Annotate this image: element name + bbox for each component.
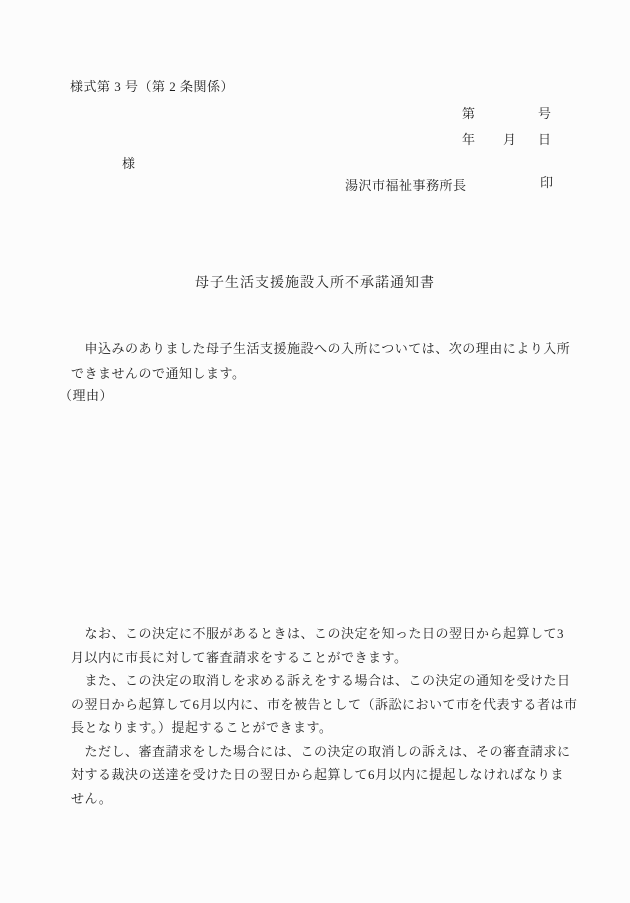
appeal-line: 月以内に市長に対して審査請求をすることができます。 <box>71 646 581 670</box>
date-day-label: 日 <box>538 133 552 146</box>
sender-title: 湯沢市福祉事務所長 <box>345 179 467 192</box>
intro-paragraph: 申込みのありました母子生活支援施設への入所については、次の理由により入所 できま… <box>71 336 581 386</box>
appeal-line: なお、この決定に不服があるときは、この決定を知った日の翌日から起算して3 <box>71 622 581 646</box>
document-title: 母子生活支援施設入所不承諾通知書 <box>0 272 630 292</box>
document-page: 様式第 3 号（第 2 条関係） 第 号 年 月 日 様 湯沢市福祉事務所長 印… <box>0 0 630 903</box>
appeal-line: 長となります。）提起することができます。 <box>71 716 581 740</box>
appeal-paragraph: なお、この決定に不服があるときは、この決定を知った日の翌日から起算して3 月以内… <box>71 622 581 810</box>
reason-label: （理由） <box>59 389 113 402</box>
date-month-label: 月 <box>503 133 517 146</box>
appeal-line: せん。 <box>71 787 581 811</box>
appeal-line: また、この決定の取消しを求める訴えをする場合は、この決定の通知を受けた日 <box>71 669 581 693</box>
intro-line: できませんので通知します。 <box>71 361 581 386</box>
appeal-line: 対する裁決の送達を受けた日の翌日から起算して6月以内に提起しなければなりま <box>71 763 581 787</box>
date-year-label: 年 <box>462 133 476 146</box>
addressee-suffix: 様 <box>122 157 136 170</box>
form-number: 様式第 3 号（第 2 条関係） <box>70 80 234 93</box>
intro-line: 申込みのありました母子生活支援施設への入所については、次の理由により入所 <box>71 336 581 361</box>
doc-number-prefix: 第 <box>462 107 476 120</box>
appeal-line: ただし、審査請求をした場合には、この決定の取消しの訴えは、その審査請求に <box>71 740 581 764</box>
appeal-line: の翌日から起算して6月以内に、市を被告として（訴訟において市を代表する者は市 <box>71 693 581 717</box>
seal-mark: 印 <box>540 176 554 189</box>
doc-number-suffix: 号 <box>538 107 552 120</box>
